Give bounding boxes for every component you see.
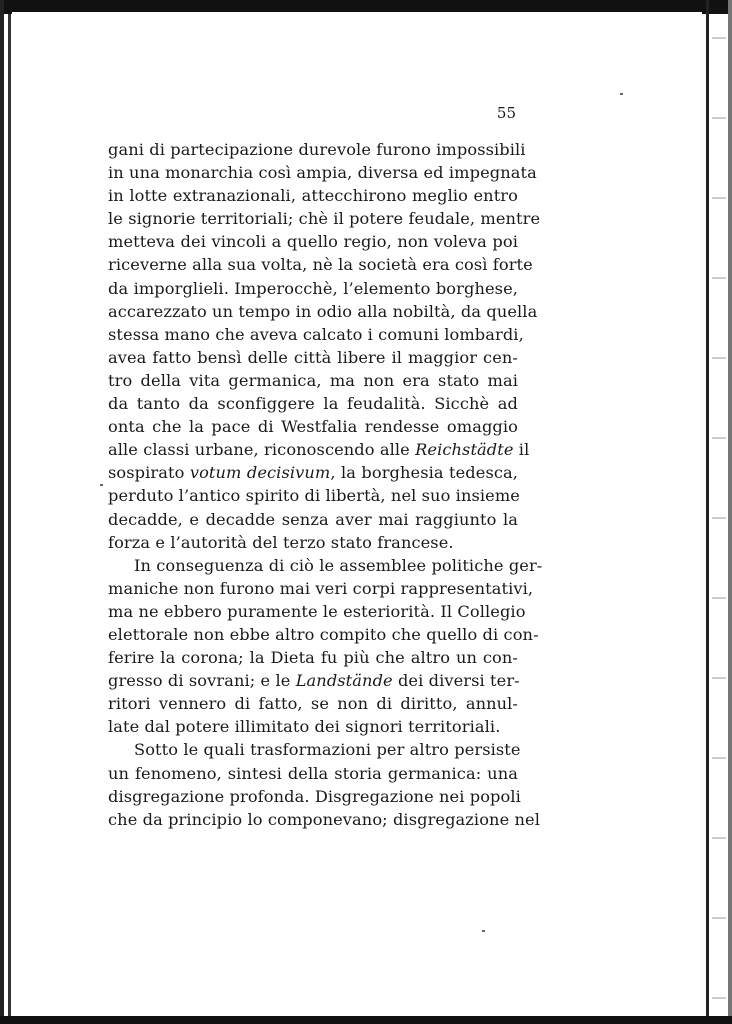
text-segment: late dal potere illimitato dei signori t… <box>108 717 500 736</box>
text-line: da imporglieli. Imperocchè, l’elemento b… <box>108 277 518 300</box>
text-line: disgregazione profonda. Disgregazione ne… <box>108 785 518 808</box>
text-segment: decadde, e decadde senza aver mai raggiu… <box>108 510 518 529</box>
page-number: 55 <box>480 104 516 122</box>
text-segment: in lotte extranazionali, attecchirono me… <box>108 186 518 205</box>
text-segment: gani di partecipazione durevole furono i… <box>108 140 526 159</box>
text-segment: sospirato <box>108 463 190 482</box>
text-segment: ritori vennero di fatto, se non di dirit… <box>108 694 518 713</box>
italic-term: votum decisivum <box>190 463 331 482</box>
text-segment: gresso di sovrani; e le <box>108 671 296 690</box>
text-line: elettorale non ebbe altro compito che qu… <box>108 623 518 646</box>
scan-border-top-gap <box>12 12 702 16</box>
text-line: perduto l’antico spirito di libertà, nel… <box>108 484 518 507</box>
text-segment: , la borghesia tedesca, <box>330 463 518 482</box>
text-line: avea fatto bensì delle città libere il m… <box>108 346 518 369</box>
text-segment: dei diversi ter- <box>393 671 520 690</box>
text-line: accarezzato un tempo in odio alla nobilt… <box>108 300 518 323</box>
text-line: forza e l’autorità del terzo stato franc… <box>108 531 518 554</box>
text-segment: le signorie territoriali; chè il potere … <box>108 209 540 228</box>
text-line: maniche non furono mai veri corpi rappre… <box>108 577 518 600</box>
scan-edge-left <box>0 0 4 1024</box>
text-segment: che da principio lo componevano; disgreg… <box>108 810 540 829</box>
text-segment: maniche non furono mai veri corpi rappre… <box>108 579 533 598</box>
scan-speck <box>620 93 623 95</box>
text-line: In conseguenza di ciò le assemblee polit… <box>108 554 518 577</box>
text-segment: forza e l’autorità del terzo stato franc… <box>108 533 454 552</box>
text-line: ma ne ebbero puramente le esteriorità. I… <box>108 600 518 623</box>
text-line: tro della vita germanica, ma non era sta… <box>108 369 518 392</box>
text-line: late dal potere illimitato dei signori t… <box>108 715 518 738</box>
text-line: ferire la corona; la Dieta fu più che al… <box>108 646 518 669</box>
page-edge-left <box>8 14 11 1019</box>
text-line: in lotte extranazionali, attecchirono me… <box>108 184 518 207</box>
text-segment: da imporglieli. Imperocchè, l’elemento b… <box>108 279 518 298</box>
text-segment: disgregazione profonda. Disgregazione ne… <box>108 787 521 806</box>
text-line: che da principio lo componevano; disgreg… <box>108 808 518 831</box>
scan-speck <box>482 930 485 932</box>
text-line: Sotto le quali trasformazioni per altro … <box>108 738 518 761</box>
scan-border-bottom <box>0 1016 732 1024</box>
text-segment: in una monarchia così ampia, diversa ed … <box>108 163 537 182</box>
text-line: le signorie territoriali; chè il potere … <box>108 207 518 230</box>
text-line: ritori vennero di fatto, se non di dirit… <box>108 692 518 715</box>
text-segment: onta che la pace di Westfalia rendesse o… <box>108 417 518 436</box>
text-segment: In conseguenza di ciò le assemblee polit… <box>134 556 542 575</box>
text-line: riceverne alla sua volta, nè la società … <box>108 253 518 276</box>
text-line: in una monarchia così ampia, diversa ed … <box>108 161 518 184</box>
text-segment: avea fatto bensì delle città libere il m… <box>108 348 518 367</box>
text-segment: alle classi urbane, riconoscendo alle <box>108 440 415 459</box>
text-segment: Sotto le quali trasformazioni per altro … <box>134 740 521 759</box>
text-segment: riceverne alla sua volta, nè la società … <box>108 255 533 274</box>
text-line: onta che la pace di Westfalia rendesse o… <box>108 415 518 438</box>
page-edge-right <box>706 0 709 1024</box>
text-line: un fenomeno, sintesi della storia german… <box>108 762 518 785</box>
text-segment: stessa mano che aveva calcato i comuni l… <box>108 325 524 344</box>
text-line: gani di partecipazione durevole furono i… <box>108 138 518 161</box>
text-segment: da tanto da sconfiggere la feudalità. Si… <box>108 394 518 413</box>
text-segment: metteva dei vincoli a quello regio, non … <box>108 232 518 251</box>
text-segment: il <box>514 440 530 459</box>
text-segment: elettorale non ebbe altro compito che qu… <box>108 625 539 644</box>
italic-term: Landstände <box>296 671 393 690</box>
text-line: stessa mano che aveva calcato i comuni l… <box>108 323 518 346</box>
text-segment: ferire la corona; la Dieta fu più che al… <box>108 648 518 667</box>
text-segment: accarezzato un tempo in odio alla nobilt… <box>108 302 537 321</box>
scan-noise-right <box>712 0 726 1024</box>
scan-speck <box>100 484 103 486</box>
text-line: da tanto da sconfiggere la feudalità. Si… <box>108 392 518 415</box>
text-line: metteva dei vincoli a quello regio, non … <box>108 230 518 253</box>
scan-edge-right <box>728 0 732 1024</box>
text-segment: perduto l’antico spirito di libertà, nel… <box>108 486 520 505</box>
text-segment: ma ne ebbero puramente le esteriorità. I… <box>108 602 526 621</box>
text-line: sospirato votum decisivum, la borghesia … <box>108 461 518 484</box>
text-segment: un fenomeno, sintesi della storia german… <box>108 764 518 783</box>
body-text: gani di partecipazione durevole furono i… <box>108 138 518 831</box>
text-line: decadde, e decadde senza aver mai raggiu… <box>108 508 518 531</box>
text-line: gresso di sovrani; e le Landstände dei d… <box>108 669 518 692</box>
text-segment: tro della vita germanica, ma non era sta… <box>108 371 518 390</box>
italic-term: Reichstädte <box>415 440 513 459</box>
text-line: alle classi urbane, riconoscendo alle Re… <box>108 438 518 461</box>
